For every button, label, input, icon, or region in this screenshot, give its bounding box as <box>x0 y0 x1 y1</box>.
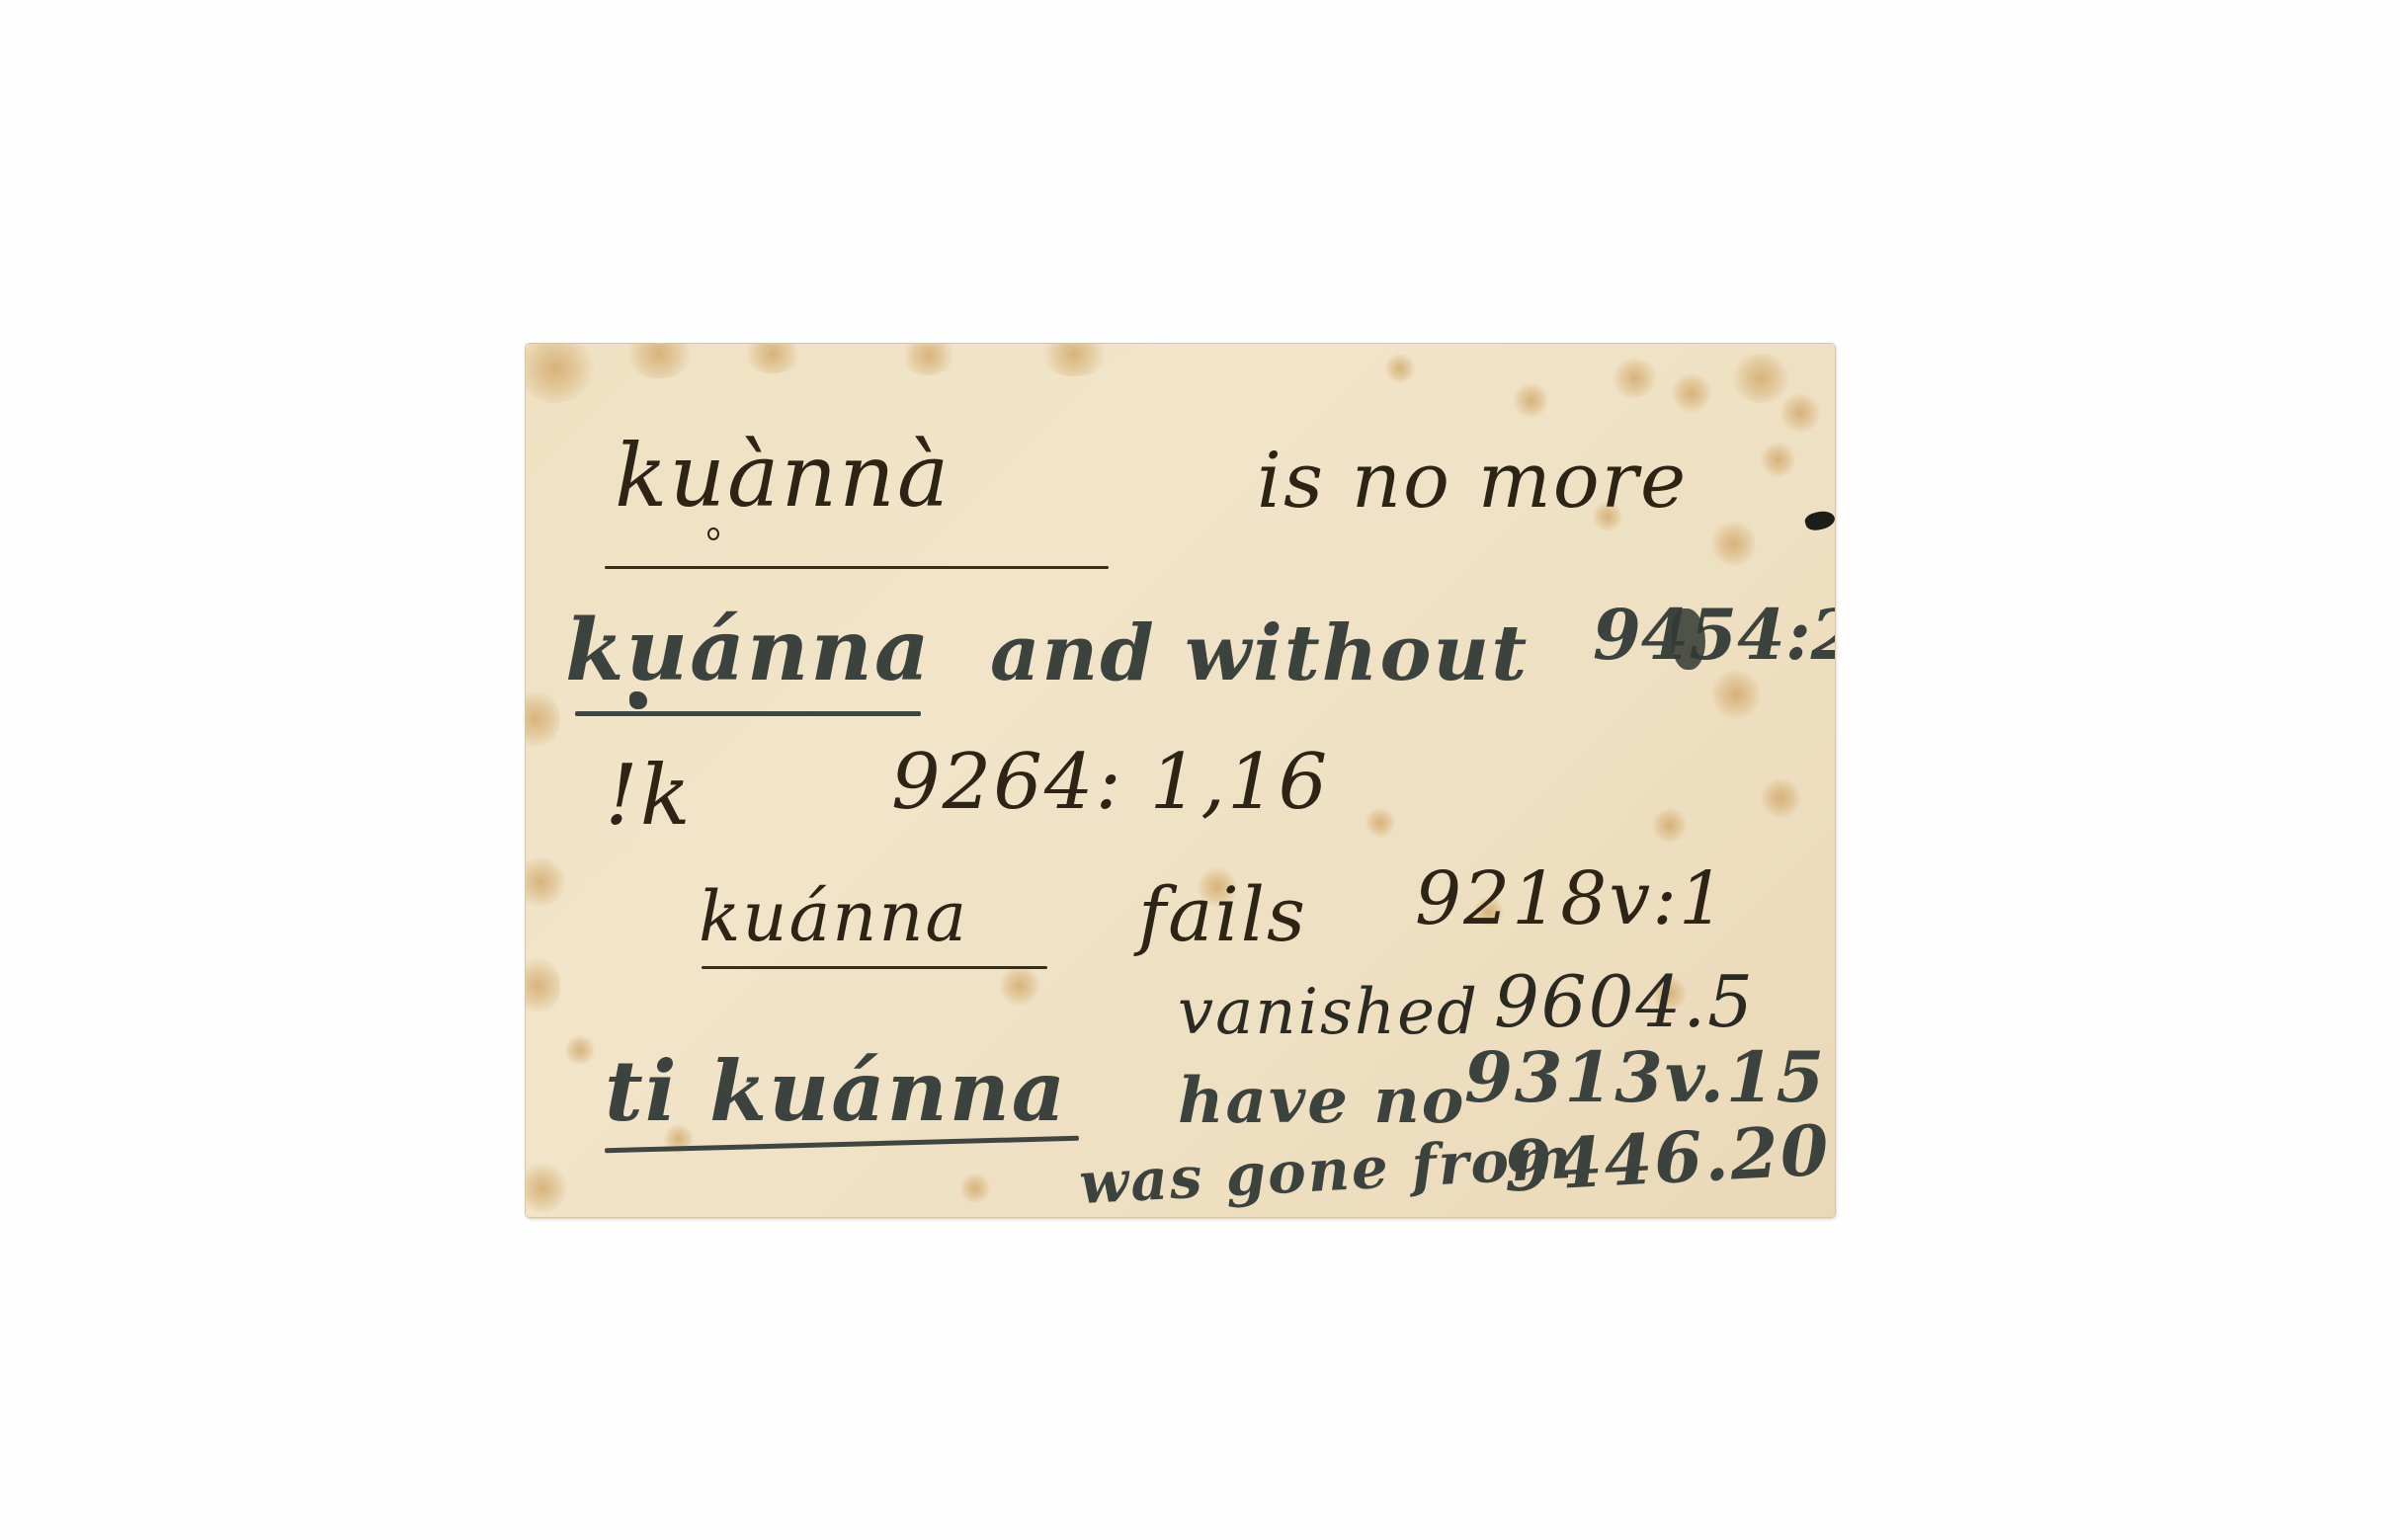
foxing-stain <box>1711 670 1761 719</box>
foxing-stain <box>1039 344 1109 376</box>
foxing-stain <box>526 956 560 1015</box>
foxing-stain <box>526 857 565 907</box>
foxing-stain <box>1672 373 1711 413</box>
foxing-stain <box>743 344 802 373</box>
foxing-stain <box>1761 443 1795 477</box>
foxing-stain <box>1613 359 1657 398</box>
foxing-stain <box>1366 808 1395 838</box>
reference-line3: 9264: 1,16 <box>891 744 1329 821</box>
headword-line2: kuánna <box>565 608 932 693</box>
gloss-line4: fails <box>1138 877 1307 952</box>
headword-underline <box>702 966 1047 969</box>
scan-background: kuànnà is no more kuánna and without 945… <box>0 0 2400 1540</box>
reference-line6: 9313v.15 <box>1464 1043 1826 1112</box>
foxing-stain <box>901 344 955 375</box>
headword-underline <box>575 711 921 716</box>
headword-underline <box>605 566 1109 569</box>
reference-line5: 9604.5 <box>1494 966 1755 1037</box>
ink-mark <box>1803 508 1835 532</box>
foxing-stain <box>526 1164 567 1213</box>
reference-line2: 9454:20 <box>1593 601 1835 670</box>
headword-line6: ti kuánna <box>605 1050 1067 1133</box>
reference-line7: 9446.20 <box>1502 1115 1832 1201</box>
gloss-line1: is no more <box>1257 443 1688 520</box>
foxing-stain <box>1761 778 1800 818</box>
foxing-stain <box>1780 393 1820 433</box>
foxing-stain <box>526 344 595 403</box>
headword-line3: !k <box>605 754 693 837</box>
foxing-stain <box>1385 354 1415 383</box>
gloss-line7: was gone from <box>1078 1129 1575 1212</box>
foxing-stain <box>1514 383 1548 418</box>
gloss-line2: and without <box>990 615 1529 692</box>
foxing-stain <box>1711 522 1756 566</box>
foxing-stain <box>1652 808 1687 843</box>
index-card: kuànnà is no more kuánna and without 945… <box>526 344 1835 1217</box>
reference-line4: 9218v:1 <box>1415 862 1727 935</box>
foxing-stain <box>624 344 694 378</box>
foxing-stain <box>1731 354 1790 403</box>
foxing-stain <box>526 689 560 749</box>
gloss-line6: have no <box>1178 1070 1465 1133</box>
headword-line4: kuánna <box>699 882 968 951</box>
foxing-stain <box>1000 966 1039 1006</box>
ink-blot <box>629 691 647 709</box>
foxing-stain <box>565 1035 595 1065</box>
headword-line1: kuànnà <box>615 433 951 520</box>
foxing-stain <box>960 1174 990 1203</box>
subscript-dot-mark <box>707 527 719 540</box>
gloss-line5: vanished <box>1178 981 1479 1044</box>
